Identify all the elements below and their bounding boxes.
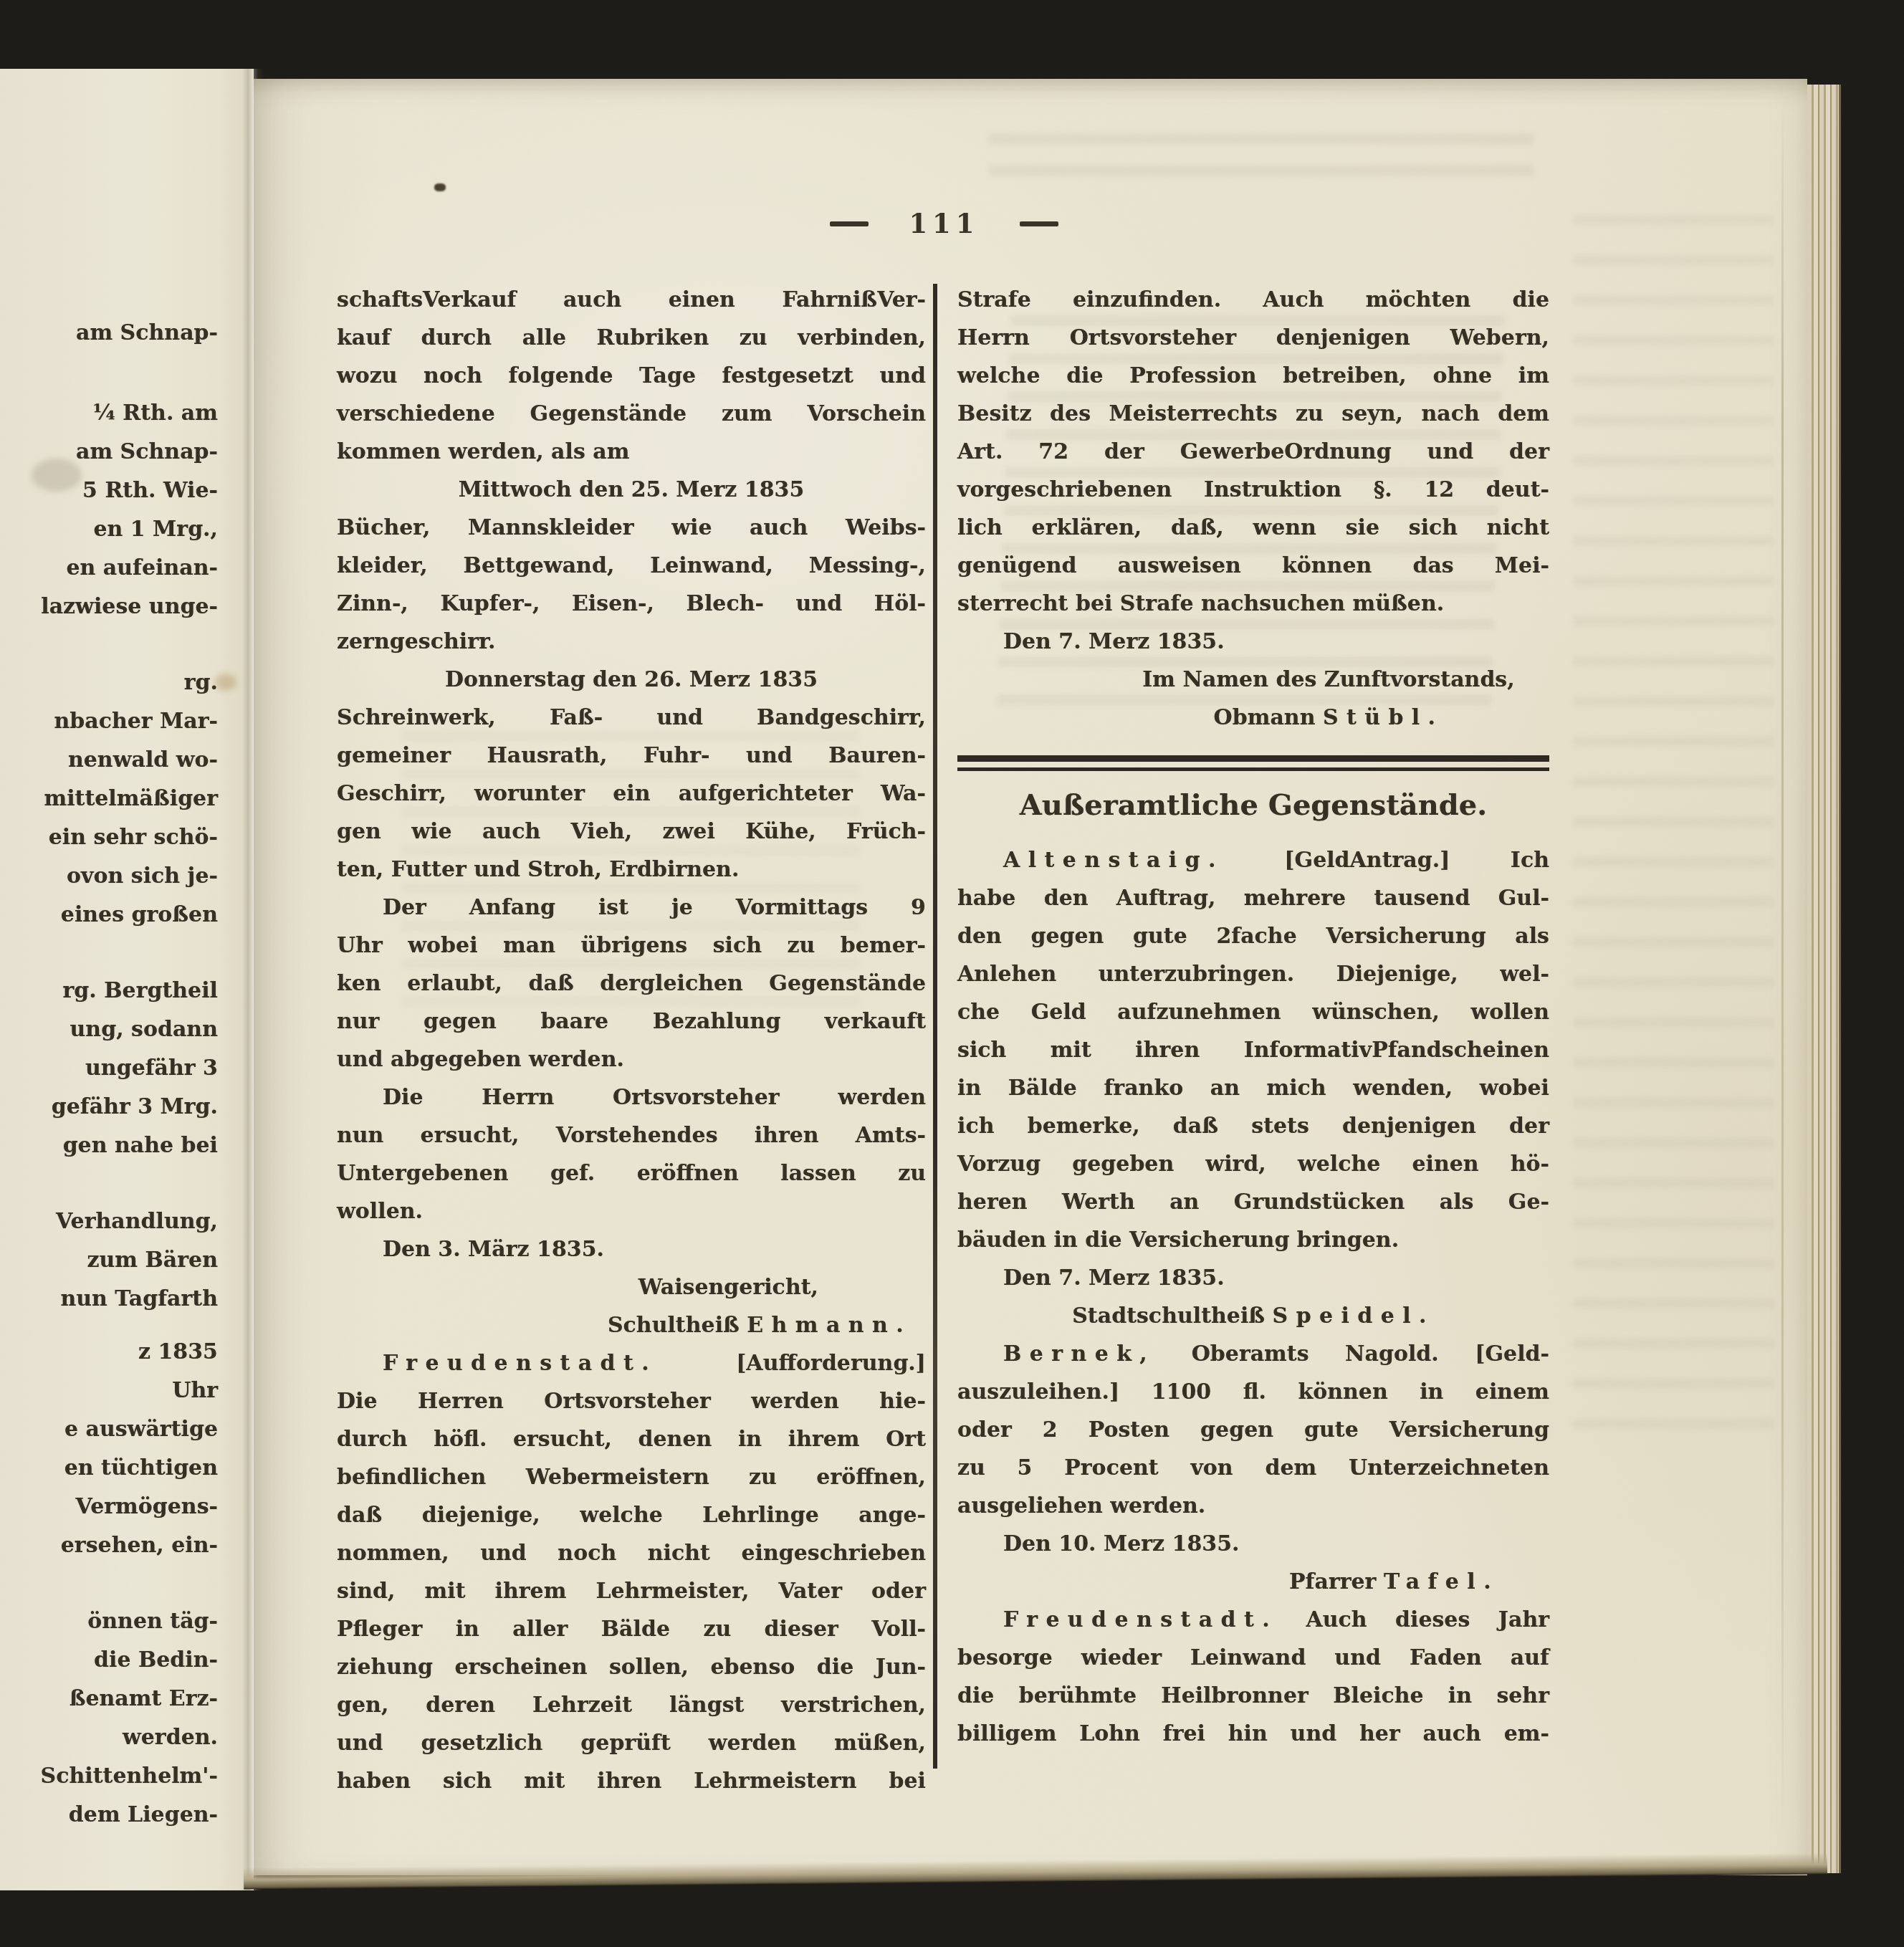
text-line: ziehung erscheinen sollen, ebenso die Ju… bbox=[337, 1648, 926, 1686]
page-number: 111 bbox=[909, 209, 979, 238]
text-line: haben sich mit ihren Lehrmeistern bei bbox=[337, 1762, 926, 1800]
text-line: ßenamt Erz- bbox=[0, 1680, 226, 1718]
text-line: Uhr bbox=[0, 1372, 226, 1410]
text-column-right: Strafe einzufinden. Auch möchten dieHerr… bbox=[957, 281, 1549, 1753]
text-line: ein sehr schö- bbox=[0, 818, 226, 857]
text-line: in Bälde franko an mich wenden, wobei bbox=[957, 1069, 1549, 1107]
text-line: Art. 72 der GewerbeOrdnung und der bbox=[957, 433, 1549, 471]
text-line: heren Werth an Grundstücken als Ge- bbox=[957, 1183, 1549, 1221]
scanned-book-page-photo: am Schnap-¼ Rth. amam Schnap-5 Rth. Wie-… bbox=[0, 0, 1904, 1947]
text-line: Die Herrn Ortsvorsteher werden bbox=[337, 1078, 926, 1116]
age-spot bbox=[32, 459, 82, 492]
text-line: Donnerstag den 26. Merz 1835 bbox=[337, 661, 926, 699]
text-line: eines großen bbox=[0, 896, 226, 934]
text-line: Pfleger in aller Bälde zu dieser Voll- bbox=[337, 1610, 926, 1648]
column-divider-rule bbox=[933, 284, 937, 1769]
text-line: Anlehen unterzubringen. Diejenige, wel- bbox=[957, 955, 1549, 993]
text-line: welche die Profession betreiben, ohne im bbox=[957, 357, 1549, 395]
text-line: Obmann Stübl. bbox=[957, 699, 1549, 737]
text-line: rg. bbox=[0, 664, 226, 702]
text-line: Uhr wobei man übrigens sich zu bemer- bbox=[337, 927, 926, 965]
text-line: lich erklären, daß, wenn sie sich nicht bbox=[957, 509, 1549, 547]
text-line: besorge wieder Leinwand und Faden auf bbox=[957, 1639, 1549, 1677]
text-line: Waisengericht, bbox=[337, 1268, 926, 1306]
text-line: Die Herren Ortsvorsteher werden hie- bbox=[337, 1382, 926, 1420]
text-line: dem Liegen- bbox=[0, 1796, 226, 1834]
text-line: durch höfl. ersucht, denen in ihrem Ort bbox=[337, 1420, 926, 1458]
text-line: billigem Lohn frei hin und her auch em- bbox=[957, 1715, 1549, 1753]
text-line: Stadtschultheiß Speidel. bbox=[957, 1297, 1549, 1335]
text-line: vorgeschriebenen Instruktion §. 12 deut- bbox=[957, 471, 1549, 509]
text-line: und abgegeben werden. bbox=[337, 1041, 926, 1078]
text-line: auszuleihen.] 1100 fl. können in einem bbox=[957, 1373, 1549, 1411]
text-line: am Schnap- bbox=[0, 314, 226, 353]
text-line: zum Bären bbox=[0, 1241, 226, 1280]
text-line: Im Namen des Zunftvorstands, bbox=[957, 661, 1549, 699]
text-line: Zinn-, Kupfer-, Eisen-, Blech- und Höl- bbox=[337, 585, 926, 623]
text-line: önnen täg- bbox=[0, 1602, 226, 1641]
text-line: Geschirr, worunter ein aufgerichteter Wa… bbox=[337, 775, 926, 813]
text-line: sind, mit ihrem Lehrmeister, Vater oder bbox=[337, 1572, 926, 1610]
section-divider-rule bbox=[957, 755, 1549, 771]
text-line: sich mit ihren InformativPfandscheinen bbox=[957, 1031, 1549, 1069]
page-number-left-dash bbox=[830, 221, 869, 226]
text-line: werden. bbox=[0, 1718, 226, 1757]
text-line: nenwald wo- bbox=[0, 741, 226, 780]
text-line: kommen werden, als am bbox=[337, 433, 926, 471]
page-number-row: 111 bbox=[337, 209, 1551, 238]
text-line: zerngeschirr. bbox=[337, 623, 926, 661]
text-line: den gegen gute 2fache Versicherung als bbox=[957, 917, 1549, 955]
text-line: nun ersucht, Vorstehendes ihren Amts- bbox=[337, 1116, 926, 1154]
text-line: lazwiese unge- bbox=[0, 588, 226, 626]
text-line: gen wie auch Vieh, zwei Kühe, Früch- bbox=[337, 813, 926, 851]
text-line: gemeiner Hausrath, Fuhr- und Bauren- bbox=[337, 737, 926, 775]
text-line: ten, Futter und Stroh, Erdbirnen. bbox=[337, 851, 926, 889]
text-line: Pfarrer Tafel. bbox=[957, 1563, 1549, 1601]
text-line: Den 7. Merz 1835. bbox=[957, 1259, 1549, 1297]
text-line: daß diejenige, welche Lehrlinge ange- bbox=[337, 1496, 926, 1534]
text-line: Herrn Ortsvorsteher denjenigen Webern, bbox=[957, 319, 1549, 357]
text-line: ung, sodann bbox=[0, 1010, 226, 1049]
ink-fleck bbox=[434, 183, 446, 191]
text-line: Bernek, Oberamts Nagold. [Geld- bbox=[957, 1335, 1549, 1373]
text-line: Altenstaig. [GeldAntrag.] Ich bbox=[957, 841, 1549, 879]
text-line: kauf durch alle Rubriken zu verbinden, bbox=[337, 319, 926, 357]
text-line: en 1 Mrg., bbox=[0, 510, 226, 549]
text-line: am Schnap- bbox=[0, 433, 226, 472]
text-line: en aufeinan- bbox=[0, 549, 226, 588]
text-line: Den 3. März 1835. bbox=[337, 1230, 926, 1268]
text-line: Bücher, Mannskleider wie auch Weibs- bbox=[337, 509, 926, 547]
text-line: und gesetzlich geprüft werden müßen, bbox=[337, 1724, 926, 1762]
text-line: verschiedene Gegenstände zum Vorschein bbox=[337, 395, 926, 433]
text-line: Den 7. Merz 1835. bbox=[957, 623, 1549, 661]
text-line: ich bemerke, daß stets denjenigen der bbox=[957, 1107, 1549, 1145]
text-line: en tüchtigen bbox=[0, 1449, 226, 1488]
text-column-left: schaftsVerkauf auch einen FahrnißVer-kau… bbox=[337, 281, 926, 1800]
text-line: wozu noch folgende Tage festgesetzt und bbox=[337, 357, 926, 395]
text-line: Schultheiß Ehmann. bbox=[337, 1306, 926, 1344]
text-line: Strafe einzufinden. Auch möchten die bbox=[957, 281, 1549, 319]
text-line: Untergebenen gef. eröffnen lassen zu bbox=[337, 1154, 926, 1192]
text-line: Verhandlung, bbox=[0, 1202, 226, 1241]
text-line: ausgeliehen werden. bbox=[957, 1487, 1549, 1525]
section-heading: Außeramtliche Gegenstände. bbox=[957, 783, 1549, 828]
text-line: Freudenstadt. [Aufforderung.] bbox=[337, 1344, 926, 1382]
text-line: Vorzug gegeben wird, welche einen hö- bbox=[957, 1145, 1549, 1183]
text-line: habe den Auftrag, mehrere tausend Gul- bbox=[957, 879, 1549, 917]
text-line: ovon sich je- bbox=[0, 857, 226, 896]
text-line: Schreinwerk, Faß- und Bandgeschirr, bbox=[337, 699, 926, 737]
text-line: gen, deren Lehrzeit längst verstrichen, bbox=[337, 1686, 926, 1724]
text-line: nommen, und noch nicht eingeschrieben bbox=[337, 1534, 926, 1572]
text-line: sterrecht bei Strafe nachsuchen müßen. bbox=[957, 585, 1549, 623]
age-spot bbox=[215, 674, 236, 691]
text-line: ungefähr 3 bbox=[0, 1049, 226, 1088]
text-line: Der Anfang ist je Vormittags 9 bbox=[337, 889, 926, 927]
text-line: Mittwoch den 25. Merz 1835 bbox=[337, 471, 926, 509]
text-line: gen nahe bei bbox=[0, 1126, 226, 1165]
page-number-right-dash bbox=[1020, 221, 1058, 226]
text-line: kleider, Bettgewand, Leinwand, Messing-, bbox=[337, 547, 926, 585]
text-line: z 1835 bbox=[0, 1333, 226, 1372]
text-line: nbacher Mar- bbox=[0, 702, 226, 741]
text-line: nur gegen baare Bezahlung verkauft bbox=[337, 1003, 926, 1041]
text-line: gefähr 3 Mrg. bbox=[0, 1088, 226, 1126]
page-stack-edges bbox=[1807, 85, 1841, 1873]
text-line: ken erlaubt, daß dergleichen Gegenstände bbox=[337, 965, 926, 1003]
text-line: rg. Bergtheil bbox=[0, 972, 226, 1010]
text-line: ¼ Rth. am bbox=[0, 394, 226, 433]
text-line: bäuden in die Versicherung bringen. bbox=[957, 1221, 1549, 1259]
text-line: befindlichen Webermeistern zu eröffnen, bbox=[337, 1458, 926, 1496]
text-line: die Bedin- bbox=[0, 1641, 226, 1680]
text-line: wollen. bbox=[337, 1192, 926, 1230]
text-line: mittelmäßiger bbox=[0, 780, 226, 818]
text-line: Freudenstadt. Auch dieses Jahr bbox=[957, 1601, 1549, 1639]
text-line: genügend ausweisen können das Mei- bbox=[957, 547, 1549, 585]
text-line: Besitz des Meisterrechts zu seyn, nach d… bbox=[957, 395, 1549, 433]
text-line: schaftsVerkauf auch einen FahrnißVer- bbox=[337, 281, 926, 319]
text-line: die berühmte Heilbronner Bleiche in sehr bbox=[957, 1677, 1549, 1715]
text-line: ersehen, ein- bbox=[0, 1526, 226, 1565]
text-line: Den 10. Merz 1835. bbox=[957, 1525, 1549, 1563]
text-line: zu 5 Procent von dem Unterzeichneten bbox=[957, 1449, 1549, 1487]
text-line: e auswärtige bbox=[0, 1410, 226, 1449]
text-line: oder 2 Posten gegen gute Versicherung bbox=[957, 1411, 1549, 1449]
text-line: Schittenhelm'- bbox=[0, 1757, 226, 1796]
previous-page-text-fragments: am Schnap-¼ Rth. amam Schnap-5 Rth. Wie-… bbox=[0, 314, 226, 1834]
page-fold-line bbox=[1781, 100, 1784, 1834]
text-line: che Geld aufzunehmen wünschen, wollen bbox=[957, 993, 1549, 1031]
text-line: nun Tagfarth bbox=[0, 1280, 226, 1319]
text-line: Vermögens- bbox=[0, 1488, 226, 1526]
